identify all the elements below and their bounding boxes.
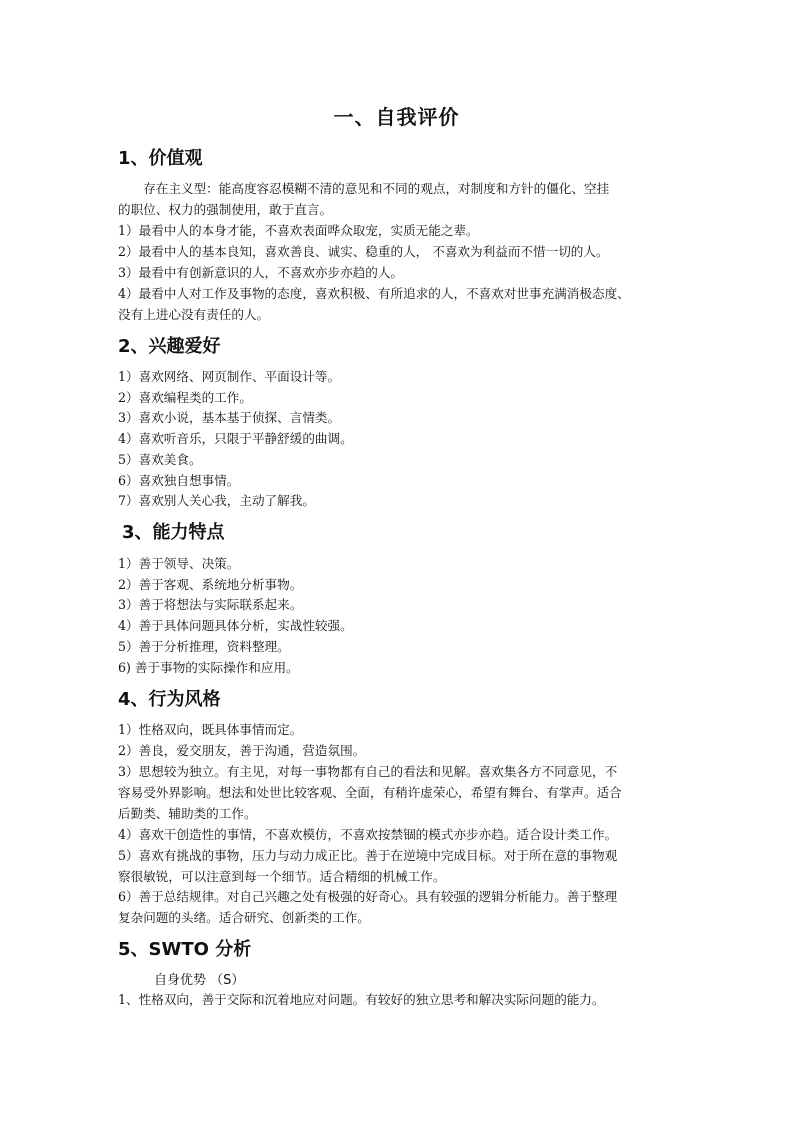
body-line: 1）最看中人的本身才能，不喜欢表面哗众取宠，实质无能之辈。: [118, 220, 479, 241]
body-line: 的职位、权力的强制使用，敢于直言。: [118, 199, 332, 220]
list-item: 2）喜欢编程类的工作。: [118, 387, 252, 408]
list-item: 1）性格双向，既具体事情而定。: [118, 719, 302, 740]
list-item: 3）思想较为独立。有主见，对每一事物都有自己的看法和见解。喜欢集各方不同意见，不: [118, 761, 617, 782]
section-heading-swot: 5、SWTO 分析: [118, 938, 251, 962]
list-item: 3）喜欢小说，基本基于侦探、言情类。: [118, 407, 340, 428]
body-line: 2）最看中人的基本良知，喜欢善良、诚实、稳重的人， 不喜欢为利益而不惜一切的人。: [118, 241, 609, 262]
list-item: 4）喜欢听音乐，只限于平静舒缓的曲调。: [118, 428, 353, 449]
list-item: 1）善于领导、决策。: [118, 553, 239, 574]
list-item: 5）喜欢有挑战的事物，压力与动力成正比。善于在逆境中完成目标。对于所在意的事物观: [118, 845, 617, 866]
list-item: 1）喜欢网络、网页制作、平面设计等。: [118, 366, 340, 387]
page-title: 一、自我评价: [0, 101, 793, 130]
list-item: 复杂问题的头绪。适合研究、创新类的工作。: [118, 907, 370, 928]
body-line: 存在主义型：能高度容忍模糊不清的意见和不同的观点，对制度和方针的僵化、空挂: [118, 178, 609, 199]
body-line: 没有上进心没有责任的人。: [118, 304, 269, 325]
section-heading-abilities: 3、能力特点: [122, 521, 225, 545]
list-item: 2）善于客观、系统地分析事物。: [118, 574, 302, 595]
list-item: 6）善于总结规律。对自己兴趣之处有极强的好奇心。具有较强的逻辑分析能力。善于整理: [118, 886, 617, 907]
section-heading-behavior: 4、行为风格: [118, 688, 221, 712]
section-heading-values: 1、价值观: [118, 147, 203, 171]
list-item: 4）善于具体问题具体分析，实战性较强。: [118, 615, 353, 636]
list-item: 容易受外界影响。想法和处世比较客观、全面，有稍许虚荣心，希望有舞台、有掌声。适合: [118, 782, 622, 803]
list-item: 6）喜欢独自想事情。: [118, 470, 239, 491]
list-item: 6) 善于事物的实际操作和应用。: [118, 657, 299, 678]
list-item: 5）善于分析推理，资料整理。: [118, 636, 290, 657]
body-line: 4）最看中人对工作及事物的态度，喜欢积极、有所追求的人，不喜欢对世事充满消极态度…: [118, 283, 630, 304]
list-item: 察很敏锐，可以注意到每一个细节。适合精细的机械工作。: [118, 866, 445, 887]
list-item: 2）善良，爱交朋友，善于沟通，营造氛围。: [118, 740, 365, 761]
list-item: 4）喜欢干创造性的事情，不喜欢模仿，不喜欢按禁锢的模式亦步亦趋。适合设计类工作。: [118, 824, 617, 845]
subheading-strengths: 自身优势 （S）: [154, 969, 244, 988]
list-item: 5）喜欢美食。: [118, 449, 202, 470]
body-line: 3）最看中有创新意识的人，不喜欢亦步亦趋的人。: [118, 262, 403, 283]
list-item: 1、性格双向，善于交际和沉着地应对问题。有较好的独立思考和解决实际问题的能力。: [118, 989, 605, 1010]
list-item: 后勤类、辅助类的工作。: [118, 803, 257, 824]
list-item: 7）喜欢别人关心我，主动了解我。: [118, 490, 315, 511]
list-item: 3）善于将想法与实际联系起来。: [118, 594, 302, 615]
section-heading-interests: 2、兴趣爱好: [118, 335, 221, 359]
